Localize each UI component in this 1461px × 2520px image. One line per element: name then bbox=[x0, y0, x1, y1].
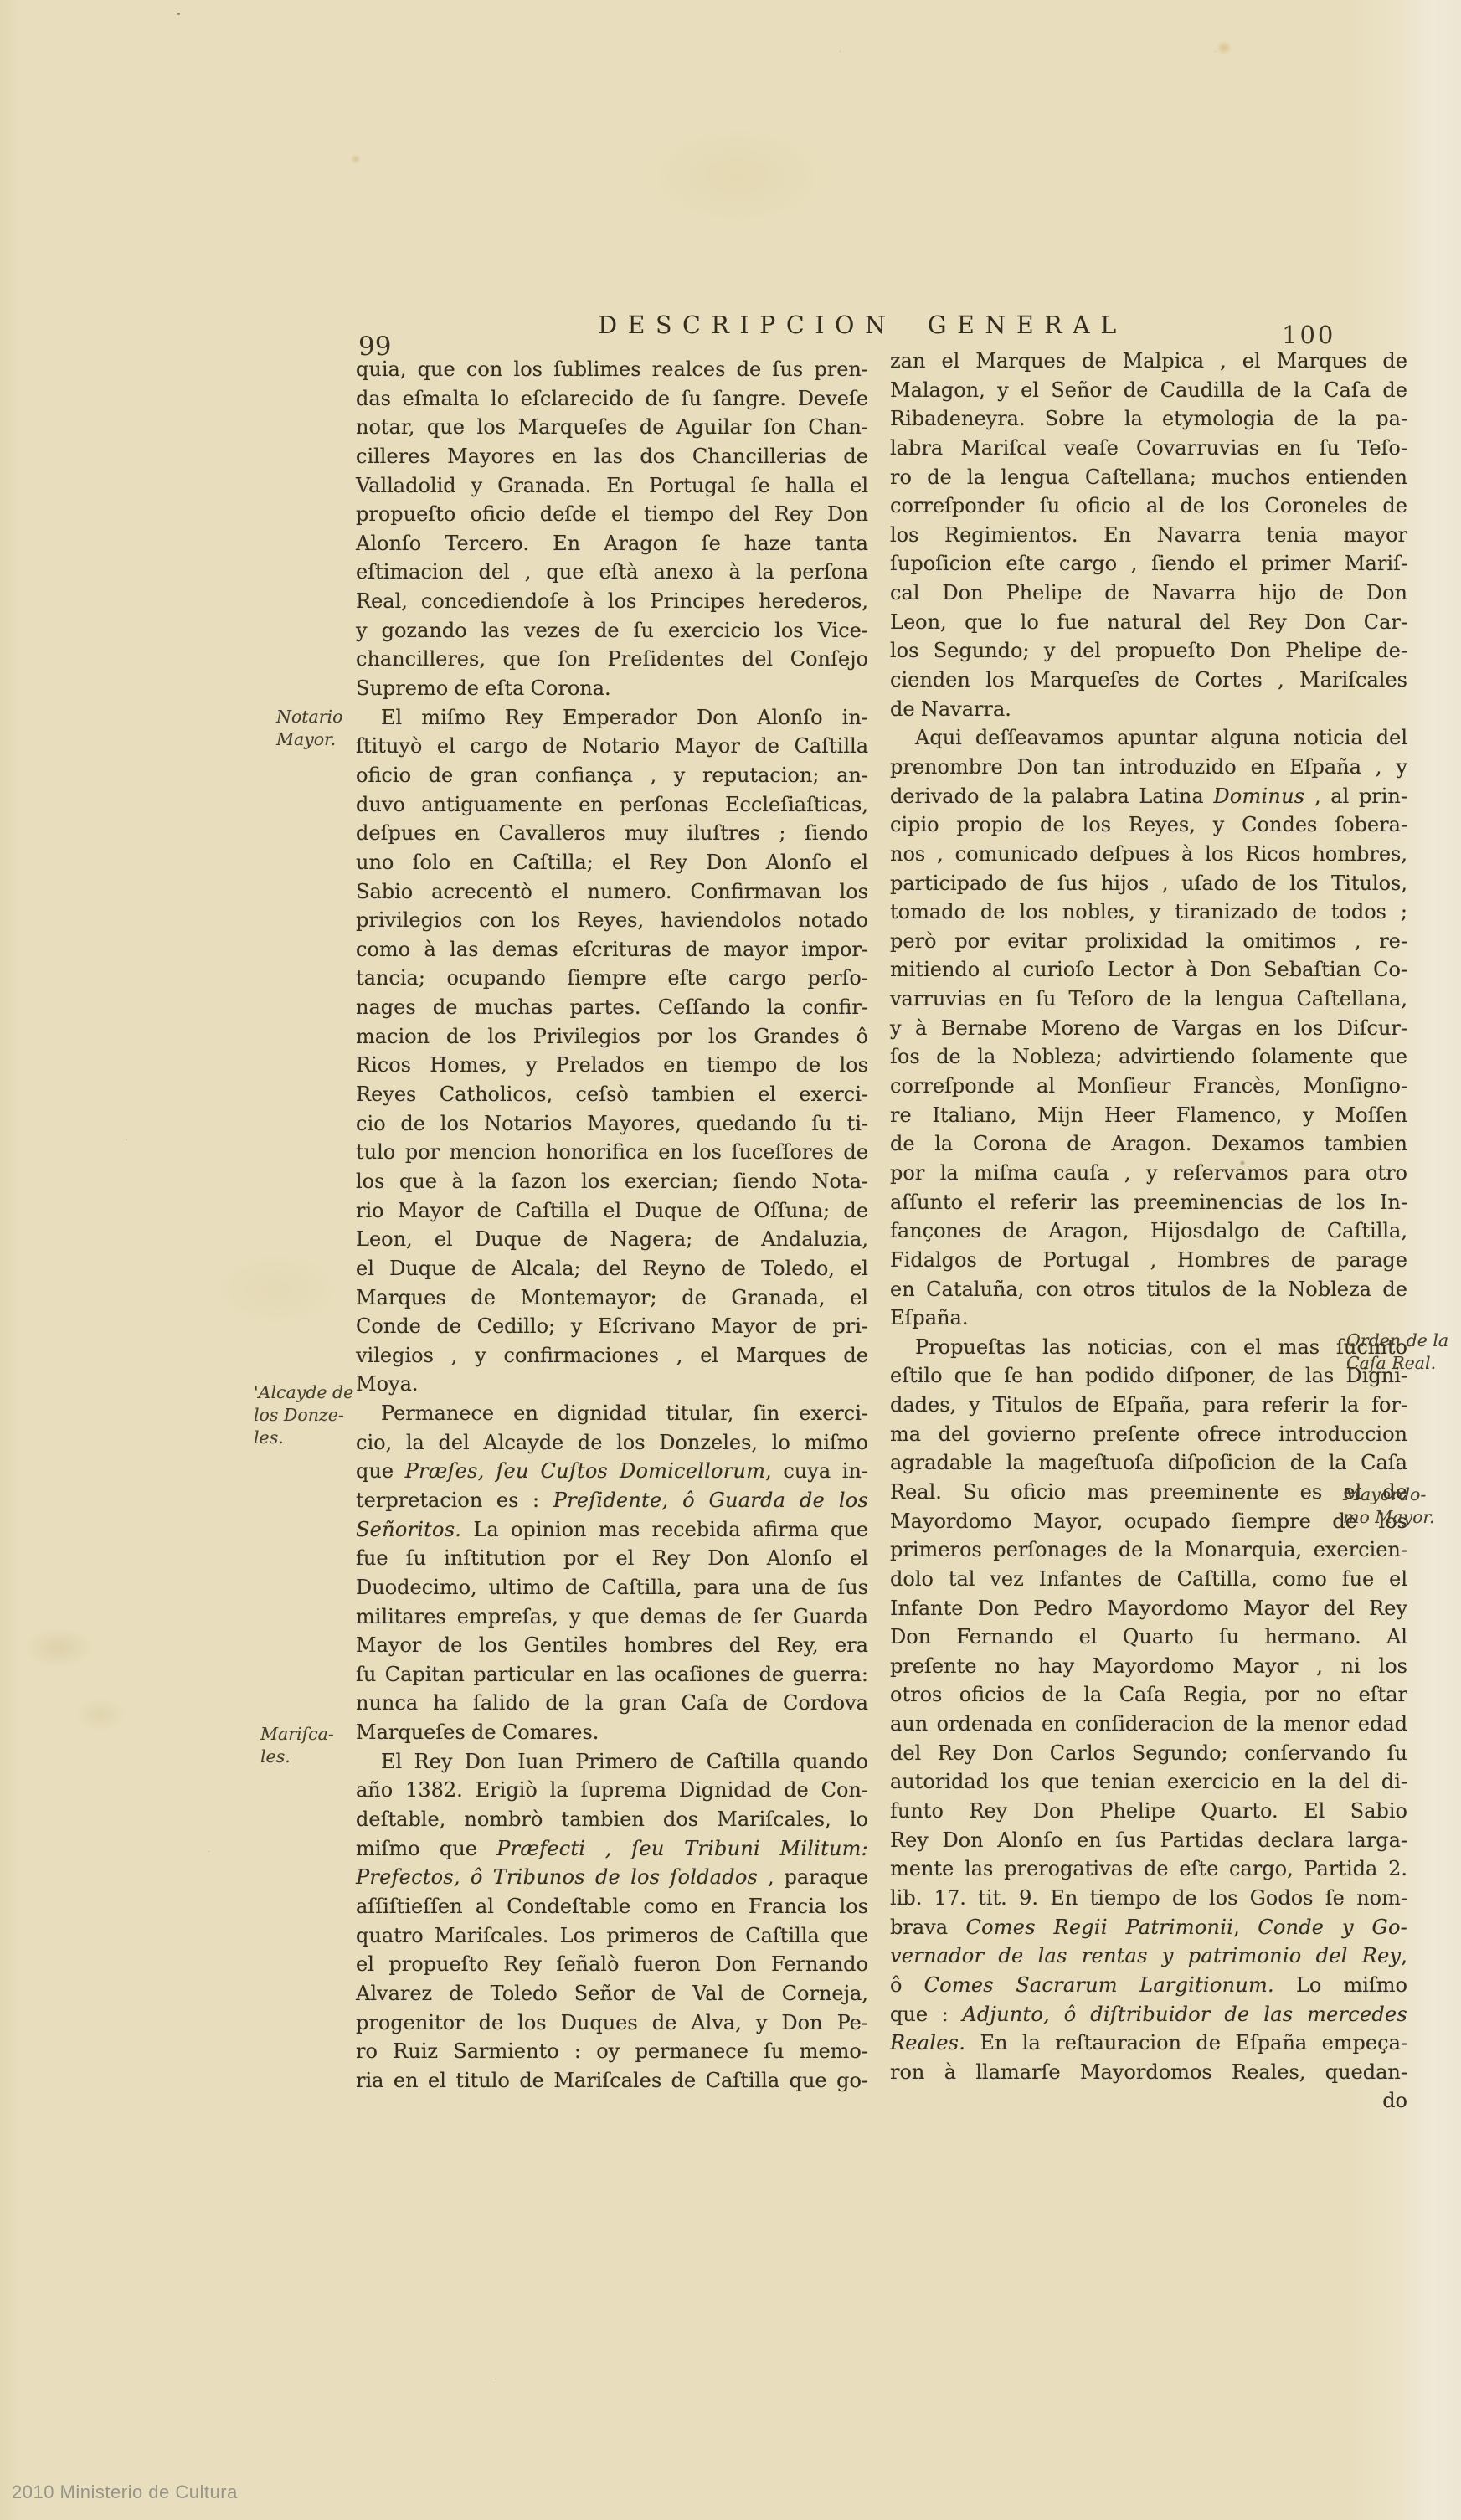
text-line: Alonſo Tercero. En Aragon ſe haze tanta bbox=[356, 529, 868, 558]
text-line: mente las prerogativas de eſte cargo, Pa… bbox=[890, 1854, 1407, 1884]
text-line: Permanece en dignidad titular, ſin exerc… bbox=[356, 1399, 868, 1428]
text-line: dolo tal vez Infantes de Caſtilla, como … bbox=[890, 1565, 1407, 1594]
text-line: notar, que los Marqueſes de Aguilar ſon … bbox=[356, 413, 868, 442]
text-line: Marqueſes de Comares. bbox=[356, 1718, 868, 1747]
text-line: funto Rey Don Phelipe Quarto. El Sabio bbox=[890, 1797, 1407, 1826]
text-column-left: quia, que con los ſublimes realces de ſu… bbox=[356, 355, 868, 2095]
text-line: prenombre Don tan introduzido en Eſpaña … bbox=[890, 753, 1407, 782]
text-line: ſu Capitan particular en las ocaſiones d… bbox=[356, 1660, 868, 1689]
watermark: 2010 Ministerio de Cultura bbox=[12, 2481, 238, 2503]
text-line: uno ſolo en Caſtilla; el Rey Don Alonſo … bbox=[356, 848, 868, 877]
margin-note: NotarioMayor. bbox=[276, 706, 342, 751]
text-line: eſtimacion del , que eſtà anexo à la per… bbox=[356, 558, 868, 587]
text-line: el propueſto Rey ſeñalò fueron Don Ferna… bbox=[356, 1950, 868, 1979]
text-line: ſupoſicion eſte cargo , ſiendo el primer… bbox=[890, 549, 1407, 579]
text-line: nos , comunicado deſpues à los Ricos hom… bbox=[890, 840, 1407, 869]
text-line: Valladolid y Granada. En Portugal ſe hal… bbox=[356, 471, 868, 501]
text-line: que : Adjunto, ô diſtribuidor de las mer… bbox=[890, 2000, 1407, 2029]
text-line: zan el Marques de Malpica , el Marques d… bbox=[890, 347, 1407, 376]
text-line: labra Mariſcal veaſe Covarruvias en ſu T… bbox=[890, 434, 1407, 463]
text-line: el Duque de Alcala; del Reyno de Toledo,… bbox=[356, 1254, 868, 1283]
text-line: preſente no hay Mayordomo Mayor , ni los bbox=[890, 1652, 1407, 1681]
text-line: que Præſes, ſeu Cuſtos Domicellorum, cuy… bbox=[356, 1457, 868, 1486]
text-line: propueſto oficio deſde el tiempo del Rey… bbox=[356, 500, 868, 529]
text-line: ro de la lengua Caſtellana; muchos entie… bbox=[890, 463, 1407, 492]
text-line: otros oficios de la Caſa Regia, por no e… bbox=[890, 1680, 1407, 1710]
paper-specks bbox=[177, 13, 180, 15]
text-line: Ricos Homes, y Prelados en tiempo de los bbox=[356, 1051, 868, 1080]
text-line: nunca ha ſalido de la gran Caſa de Cordo… bbox=[356, 1689, 868, 1718]
text-line: cienden los Marqueſes de Cortes , Mariſc… bbox=[890, 666, 1407, 695]
text-line: Don Fernando el Quarto ſu hermano. Al bbox=[890, 1623, 1407, 1652]
text-line: Mayordomo Mayor, ocupado ſiempre de los bbox=[890, 1507, 1407, 1536]
text-line: ſtituyò el cargo de Notario Mayor de Caſ… bbox=[356, 732, 868, 761]
text-line: Rey Don Alonſo en ſus Partidas declara l… bbox=[890, 1826, 1407, 1855]
text-line: Leon, que lo fue natural del Rey Don Car… bbox=[890, 608, 1407, 637]
text-line: vilegios , y confirmaciones , el Marques… bbox=[356, 1341, 868, 1371]
text-line: participado de ſus hijos , uſado de los … bbox=[890, 869, 1407, 898]
text-line: duvo antiguamente en perſonas Eccleſiaſt… bbox=[356, 790, 868, 820]
text-line: del Rey Don Carlos Segundo; conſervando … bbox=[890, 1739, 1407, 1768]
text-line: cio, la del Alcayde de los Donzeles, lo … bbox=[356, 1428, 868, 1458]
text-line: Fidalgos de Portugal , Hombres de parage bbox=[890, 1246, 1407, 1275]
text-line: fançones de Aragon, Hijosdalgo de Caſtil… bbox=[890, 1216, 1407, 1246]
text-line: cio de los Notarios Mayores, quedando ſu… bbox=[356, 1109, 868, 1139]
running-title: DESCRIPCION GENERAL bbox=[511, 311, 1214, 339]
text-line: oficio de gran confiança , y reputacion;… bbox=[356, 761, 868, 790]
text-line: en Cataluña, con otros titulos de la Nob… bbox=[890, 1275, 1407, 1304]
text-line: de Navarra. bbox=[890, 695, 1407, 724]
text-line: y gozando las vezes de ſu exercicio los … bbox=[356, 616, 868, 645]
margin-note: Mariſca-les. bbox=[260, 1723, 334, 1768]
text-line: Real, concediendoſe à los Principes here… bbox=[356, 587, 868, 616]
text-line: Leon, el Duque de Nagera; de Andaluzia, bbox=[356, 1225, 868, 1254]
text-line: El Rey Don Iuan Primero de Caſtilla quan… bbox=[356, 1747, 868, 1777]
text-line: Malagon, y el Señor de Caudilla de la Ca… bbox=[890, 376, 1407, 405]
text-line: aſſiſtieſſen al Condeſtable como en Fran… bbox=[356, 1892, 868, 1921]
text-line: los que à la ſazon los exercian; ſiendo … bbox=[356, 1167, 868, 1196]
text-line: tomado de los nobles, y tiranizado de to… bbox=[890, 897, 1407, 927]
text-line: re Italiano, Mijn Heer Flamenco, y Moſſe… bbox=[890, 1101, 1407, 1130]
text-line: derivado de la palabra Latina Dominus , … bbox=[890, 782, 1407, 811]
text-line: correſponde al Monſieur Francès, Monſign… bbox=[890, 1072, 1407, 1101]
text-line: militares empreſas, y que demas de ſer G… bbox=[356, 1602, 868, 1632]
text-line: mitiendo al curioſo Lector à Don Sebaſti… bbox=[890, 955, 1407, 985]
text-line: dades, y Titulos de Eſpaña, para referir… bbox=[890, 1391, 1407, 1420]
text-line: Mayor de los Gentiles hombres del Rey, e… bbox=[356, 1631, 868, 1660]
text-line: fue ſu inſtitution por el Rey Don Alonſo… bbox=[356, 1544, 868, 1573]
text-line: Señoritos. La opinion mas recebida afirm… bbox=[356, 1515, 868, 1545]
text-line: cal Don Phelipe de Navarra hijo de Don bbox=[890, 579, 1407, 608]
text-line: lib. 17. tit. 9. En tiempo de los Godos … bbox=[890, 1884, 1407, 1913]
text-line: como à las demas eſcrituras de mayor imp… bbox=[356, 935, 868, 964]
text-line: vernador de las rentas y patrimonio del … bbox=[890, 1941, 1407, 1971]
text-line: ſos de la Nobleza; advirtiendo ſolamente… bbox=[890, 1042, 1407, 1072]
text-line: terpretacion es : Preſidente, ô Guarda d… bbox=[356, 1486, 868, 1515]
text-line: Sabio acrecentò el numero. Confirmavan l… bbox=[356, 877, 868, 907]
text-column-right: zan el Marques de Malpica , el Marques d… bbox=[890, 347, 1407, 2116]
text-line: Ribadeneyra. Sobre la etymologia de la p… bbox=[890, 404, 1407, 434]
text-line: agradable la mageſtuoſa diſpoſicion de l… bbox=[890, 1448, 1407, 1478]
text-line: cipio propio de los Reyes, y Condes ſobe… bbox=[890, 810, 1407, 840]
text-line: brava Comes Regii Patrimonii, Conde y Go… bbox=[890, 1913, 1407, 1942]
margin-note: Mayordo-mo Mayor. bbox=[1343, 1484, 1435, 1529]
text-line: primeros perſonages de la Monarquia, exe… bbox=[890, 1535, 1407, 1565]
text-line: das eſmalta lo eſclarecido de ſu ſangre.… bbox=[356, 384, 868, 414]
text-line: de la Corona de Aragon. Dexamos tambien bbox=[890, 1129, 1407, 1159]
text-line: Reales. En la reſtauracion de Eſpaña emp… bbox=[890, 2029, 1407, 2058]
text-line: deſpues en Cavalleros muy iluſtres ; ſie… bbox=[356, 819, 868, 848]
text-line: ma del govierno preſente ofrece introduc… bbox=[890, 1420, 1407, 1449]
text-line: año 1382. Erigiò la ſuprema Dignidad de … bbox=[356, 1776, 868, 1805]
text-line: macion de los Privilegios por los Grande… bbox=[356, 1022, 868, 1052]
text-line: rio Mayor de Caſtilla el Duque de Oſſuna… bbox=[356, 1196, 868, 1226]
text-line: por la miſma cauſa , y reſervamos para o… bbox=[890, 1159, 1407, 1188]
text-line: Reyes Catholicos, ceſsò tambien el exerc… bbox=[356, 1080, 868, 1109]
text-line: cilleres Mayores en las dos Chancilleria… bbox=[356, 442, 868, 471]
text-line: privilegios con los Reyes, haviendolos n… bbox=[356, 906, 868, 935]
text-line: ô Comes Sacrarum Largitionum. Lo miſmo bbox=[890, 1971, 1407, 2000]
text-line: ria en el titulo de Mariſcales de Caſtil… bbox=[356, 2066, 868, 2096]
text-line: aun ordenada en conſideracion de la meno… bbox=[890, 1710, 1407, 1739]
text-line: ron à llamarſe Mayordomos Reales, quedan… bbox=[890, 2058, 1407, 2087]
text-line: quatro Mariſcales. Los primeros de Caſti… bbox=[356, 1921, 868, 1951]
text-line: los Segundo; y del propueſto Don Phelipe… bbox=[890, 636, 1407, 666]
text-line: El miſmo Rey Emperador Don Alonſo in- bbox=[356, 703, 868, 733]
margin-note: Orden de laCaſa Real. bbox=[1346, 1329, 1448, 1375]
text-line: aſſunto el referir las preeminencias de … bbox=[890, 1188, 1407, 1217]
text-line: ro Ruiz Sarmiento : oy permanece ſu memo… bbox=[356, 2037, 868, 2066]
text-line: Infante Don Pedro Mayordomo Mayor del Re… bbox=[890, 1594, 1407, 1623]
text-line: autoridad los que tenian exercicio en la… bbox=[890, 1767, 1407, 1797]
text-line: Prefectos, ô Tribunos de los ſoldados , … bbox=[356, 1863, 868, 1892]
text-line: eſtilo que ſe han podido diſponer, de la… bbox=[890, 1361, 1407, 1391]
text-line: Marques de Montemayor; de Granada, el bbox=[356, 1283, 868, 1313]
text-line: progenitor de los Duques de Alva, y Don … bbox=[356, 2008, 868, 2038]
catchword: do bbox=[890, 2086, 1407, 2116]
text-line: però por evitar prolixidad la omitimos ,… bbox=[890, 927, 1407, 956]
text-line: tancia; ocupando ſiempre eſte cargo perſ… bbox=[356, 964, 868, 993]
text-line: tulo por mencion honorifica en los ſuceſ… bbox=[356, 1138, 868, 1167]
book-page-scan: 99 DESCRIPCION GENERAL 100 quia, que con… bbox=[0, 0, 1461, 2520]
page-number-right: 100 bbox=[1282, 321, 1335, 349]
text-line: Alvarez de Toledo Señor de Val de Cornej… bbox=[356, 1979, 868, 2008]
text-line: Moya. bbox=[356, 1370, 868, 1399]
text-line: y à Bernabe Moreno de Vargas en los Diſc… bbox=[890, 1014, 1407, 1043]
text-line: Conde de Cedillo; y Eſcrivano Mayor de p… bbox=[356, 1312, 868, 1341]
text-line: Propueſtas las noticias, con el mas ſuci… bbox=[890, 1333, 1407, 1362]
text-line: Aqui deſſeavamos apuntar alguna noticia … bbox=[890, 723, 1407, 753]
text-line: deſtable, nombrò tambien dos Mariſcales,… bbox=[356, 1805, 868, 1834]
text-line: Real. Su oficio mas preeminente es el de bbox=[890, 1478, 1407, 1507]
text-line: chancilleres, que ſon Preſidentes del Co… bbox=[356, 645, 868, 674]
text-line: nages de muchas partes. Ceſſando la conf… bbox=[356, 993, 868, 1022]
text-line: Duodecimo, ultimo de Caſtilla, para una … bbox=[356, 1573, 868, 1602]
text-line: los Regimientos. En Navarra tenia mayor bbox=[890, 521, 1407, 550]
text-line: Eſpaña. bbox=[890, 1304, 1407, 1333]
margin-note: 'Alcayde delos Donze-les. bbox=[254, 1381, 353, 1449]
text-line: varruvias en ſu Teſoro de la lengua Caſt… bbox=[890, 985, 1407, 1014]
text-line: miſmo que Præfecti , ſeu Tribuni Militum… bbox=[356, 1834, 868, 1864]
text-line: quia, que con los ſublimes realces de ſu… bbox=[356, 355, 868, 384]
text-line: Supremo de eſta Corona. bbox=[356, 674, 868, 703]
text-line: correſponder ſu oficio al de los Coronel… bbox=[890, 491, 1407, 521]
